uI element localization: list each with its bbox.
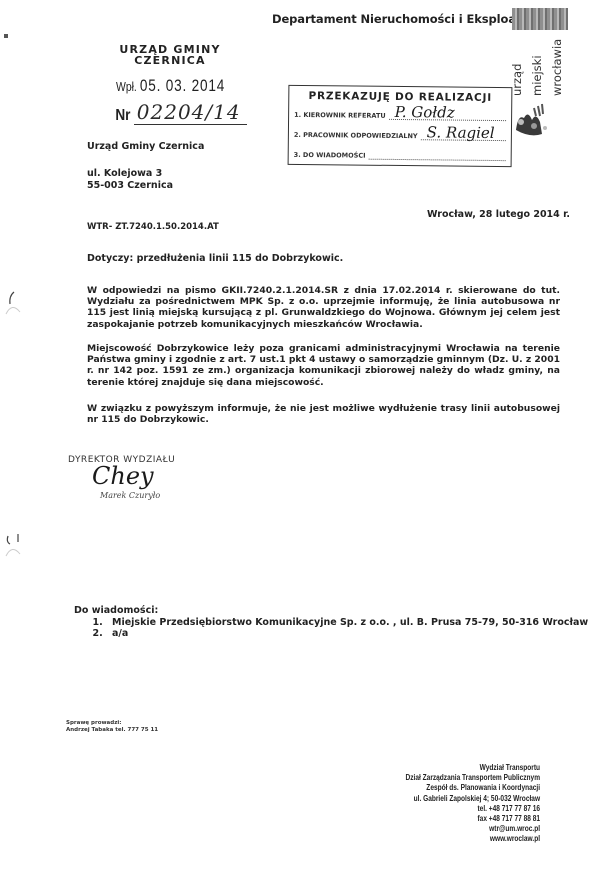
received-date-stamp: Wpł. 05. 03. 2014 bbox=[116, 76, 225, 96]
number-value: 02204/14 bbox=[134, 100, 247, 125]
number-label: Nr bbox=[115, 107, 130, 125]
transfer-stamp: PRZEKAZUJĘ DO REALIZACJI 1. KIEROWNIK RE… bbox=[288, 85, 513, 167]
city-office-logo: urząd miejski wrocławia bbox=[508, 32, 574, 98]
footer-line: wtr@um.wroc.pl bbox=[405, 824, 540, 834]
copies-item: a/a bbox=[106, 628, 588, 640]
subject-line: Dotyczy: przedłużenia linii 115 do Dobrz… bbox=[87, 253, 343, 264]
handwritten-signature: P. Gołdz bbox=[395, 103, 455, 122]
transfer-row: 2. PRACOWNIK ODPOWIEDZIALNY S. Ragiel bbox=[294, 130, 506, 141]
copies-item: Miejskie Przedsiębiorstwo Komunikacyjne … bbox=[106, 617, 588, 629]
punch-hole-mark bbox=[4, 530, 24, 560]
incoming-stamp-organization: URZĄD GMINY CZERNICA bbox=[110, 44, 230, 66]
punch-hole-mark bbox=[4, 288, 24, 318]
footer-line: ul. Gabrieli Zapolskiej 4; 50-032 Wrocła… bbox=[405, 794, 540, 804]
footer-line: www.wroclaw.pl bbox=[405, 834, 540, 844]
sender-footer: Wydział Transportu Dział Zarządzania Tra… bbox=[405, 763, 540, 845]
city-crest-icon bbox=[512, 100, 548, 140]
signatory-name: Marek Czuryło bbox=[100, 491, 160, 500]
footer-line: tel. +48 717 77 87 16 bbox=[405, 804, 540, 814]
document-reference: WTR- ZT.7240.1.50.2014.AT bbox=[87, 222, 219, 232]
department-name: Departament Nieruchomości i Eksploatacji bbox=[272, 12, 543, 26]
received-date: 05. 03. 2014 bbox=[140, 76, 225, 95]
footer-line: fax +48 717 77 88 81 bbox=[405, 814, 540, 824]
body-paragraph: W odpowiedzi na pismo GKII.7240.2.1.2014… bbox=[87, 285, 560, 330]
recipient-name: Urząd Gminy Czernica bbox=[87, 141, 204, 153]
logo-line-2: miejski bbox=[530, 55, 544, 96]
body-paragraph: Miejscowość Dobrzykowice leży poza grani… bbox=[87, 343, 560, 388]
logo-bar-graphic bbox=[512, 8, 568, 30]
handwritten-signature: Chey bbox=[92, 462, 154, 490]
prepared-by-name: Andrzej Tabaka tel. 777 75 11 bbox=[66, 727, 158, 734]
copies-section: Do wiadomości: Miejskie Przedsiębiorstwo… bbox=[74, 605, 588, 640]
footer-line: Wydział Transportu bbox=[405, 763, 540, 773]
prepared-by: Sprawę prowadzi: Andrzej Tabaka tel. 777… bbox=[66, 720, 158, 734]
transfer-row-label: 1. KIEROWNIK REFERATU bbox=[294, 111, 386, 120]
transfer-row: 3. DO WIADOMOŚCI bbox=[294, 150, 506, 161]
handwritten-signature: S. Ragiel bbox=[427, 123, 495, 142]
transfer-row-label: 2. PRACOWNIK ODPOWIEDZIALNY bbox=[294, 131, 418, 140]
transfer-row-label: 3. DO WIADOMOŚCI bbox=[294, 151, 366, 160]
stamp-org-line-2: CZERNICA bbox=[110, 55, 230, 66]
transfer-row: 1. KIEROWNIK REFERATU P. Gołdz bbox=[294, 110, 506, 121]
received-label: Wpł. bbox=[116, 79, 137, 94]
body-paragraph: W związku z powyższym informuje, że nie … bbox=[87, 403, 560, 425]
footer-line: Dział Zarządzania Transportem Publicznym bbox=[405, 773, 540, 783]
scan-mark bbox=[4, 34, 8, 38]
copies-heading: Do wiadomości: bbox=[74, 605, 588, 617]
prepared-by-label: Sprawę prowadzi: bbox=[66, 720, 158, 727]
recipient-address: Urząd Gminy Czernica ul. Kolejowa 3 55-0… bbox=[87, 141, 204, 192]
registration-number: Nr 02204/14 bbox=[114, 100, 247, 125]
recipient-city: 55-003 Czernica bbox=[87, 180, 204, 192]
logo-line-3: wrocławia bbox=[550, 39, 564, 96]
transfer-stamp-title: PRZEKAZUJĘ DO REALIZACJI bbox=[289, 90, 511, 104]
recipient-street: ul. Kolejowa 3 bbox=[87, 168, 204, 180]
place-and-date: Wrocław, 28 lutego 2014 r. bbox=[427, 209, 570, 220]
footer-line: Zespół ds. Planowania i Koordynacji bbox=[405, 783, 540, 793]
